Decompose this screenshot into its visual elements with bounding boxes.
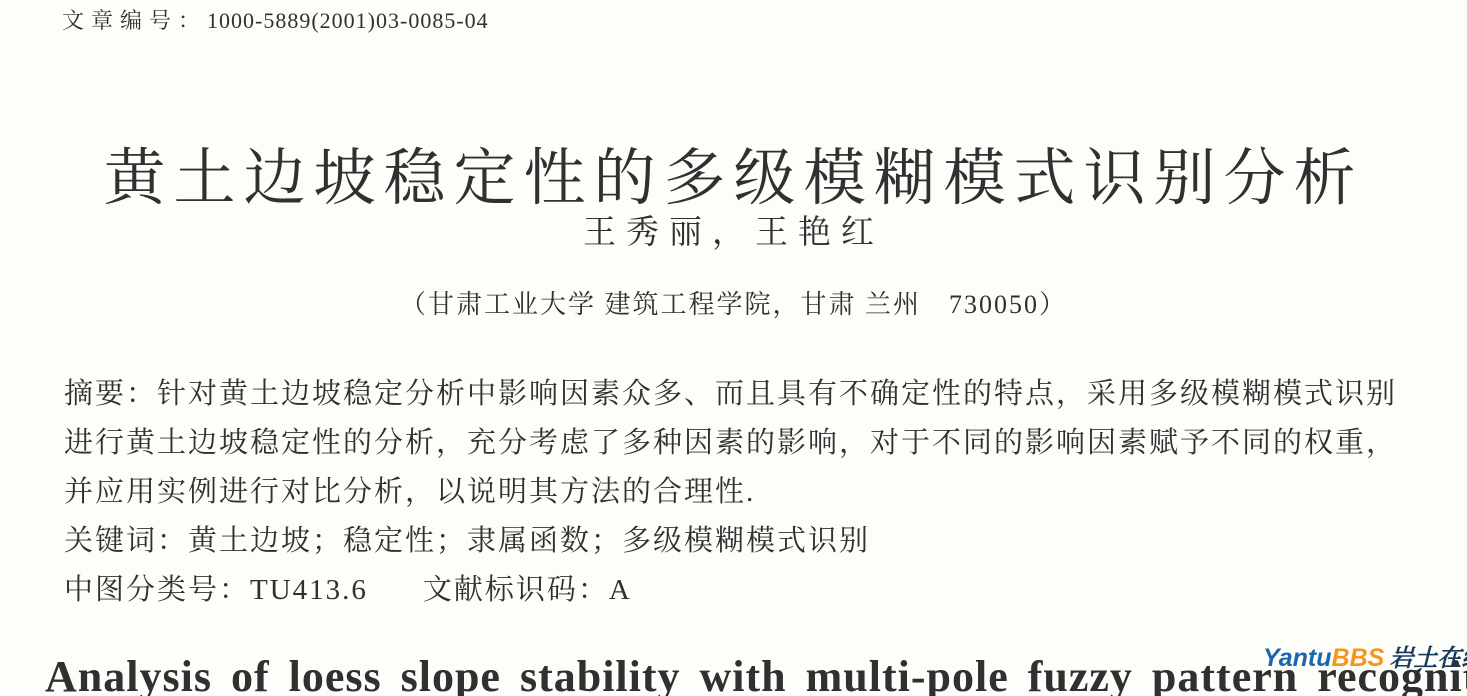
clc-number: 中图分类号：TU413.6	[64, 574, 368, 606]
watermark-bbs-text: BBS	[1332, 644, 1385, 672]
watermark-chinese-text: 岩土在线	[1389, 645, 1467, 672]
clc-line: 中图分类号：TU413.6文献标识码：A	[64, 566, 1439, 615]
affiliation: （甘肃工业大学 建筑工程学院，甘肃 兰州 730050）	[0, 284, 1467, 321]
document-code: 文献标识码：A	[423, 574, 632, 606]
front-matter: 摘要：针对黄土边坡稳定分析中影响因素众多、而且具有不确定性的特点，采用多级模糊模…	[64, 370, 1439, 615]
abstract-line-2: 进行黄土边坡稳定性的分析，充分考虑了多种因素的影响，对于不同的影响因素赋予不同的…	[64, 419, 1439, 468]
article-number-label: 文章编号：	[62, 8, 207, 33]
paper-page: 文章编号：1000-5889(2001)03-0085-04 黄土边坡稳定性的多…	[0, 0, 1467, 696]
authors: 王秀丽，王艳红	[0, 206, 1467, 253]
abstract-line-1: 摘要：针对黄土边坡稳定分析中影响因素众多、而且具有不确定性的特点，采用多级模糊模…	[64, 370, 1439, 419]
watermark-yantu-text: Yantu	[1263, 644, 1332, 672]
keywords-line: 关键词：黄土边坡；稳定性；隶属函数；多级模糊模式识别	[64, 517, 1439, 566]
english-title: Analysis of loess slope stability with m…	[45, 655, 1467, 696]
yantubbs-watermark-logo: YantuBBS岩土在线	[1263, 645, 1467, 673]
article-number-value: 1000-5889(2001)03-0085-04	[207, 8, 489, 33]
abstract-line-3: 并应用实例进行对比分析，以说明其方法的合理性.	[64, 468, 1439, 517]
article-number: 文章编号：1000-5889(2001)03-0085-04	[62, 4, 489, 35]
paper-title: 黄土边坡稳定性的多级模糊模式识别分析	[0, 128, 1467, 217]
